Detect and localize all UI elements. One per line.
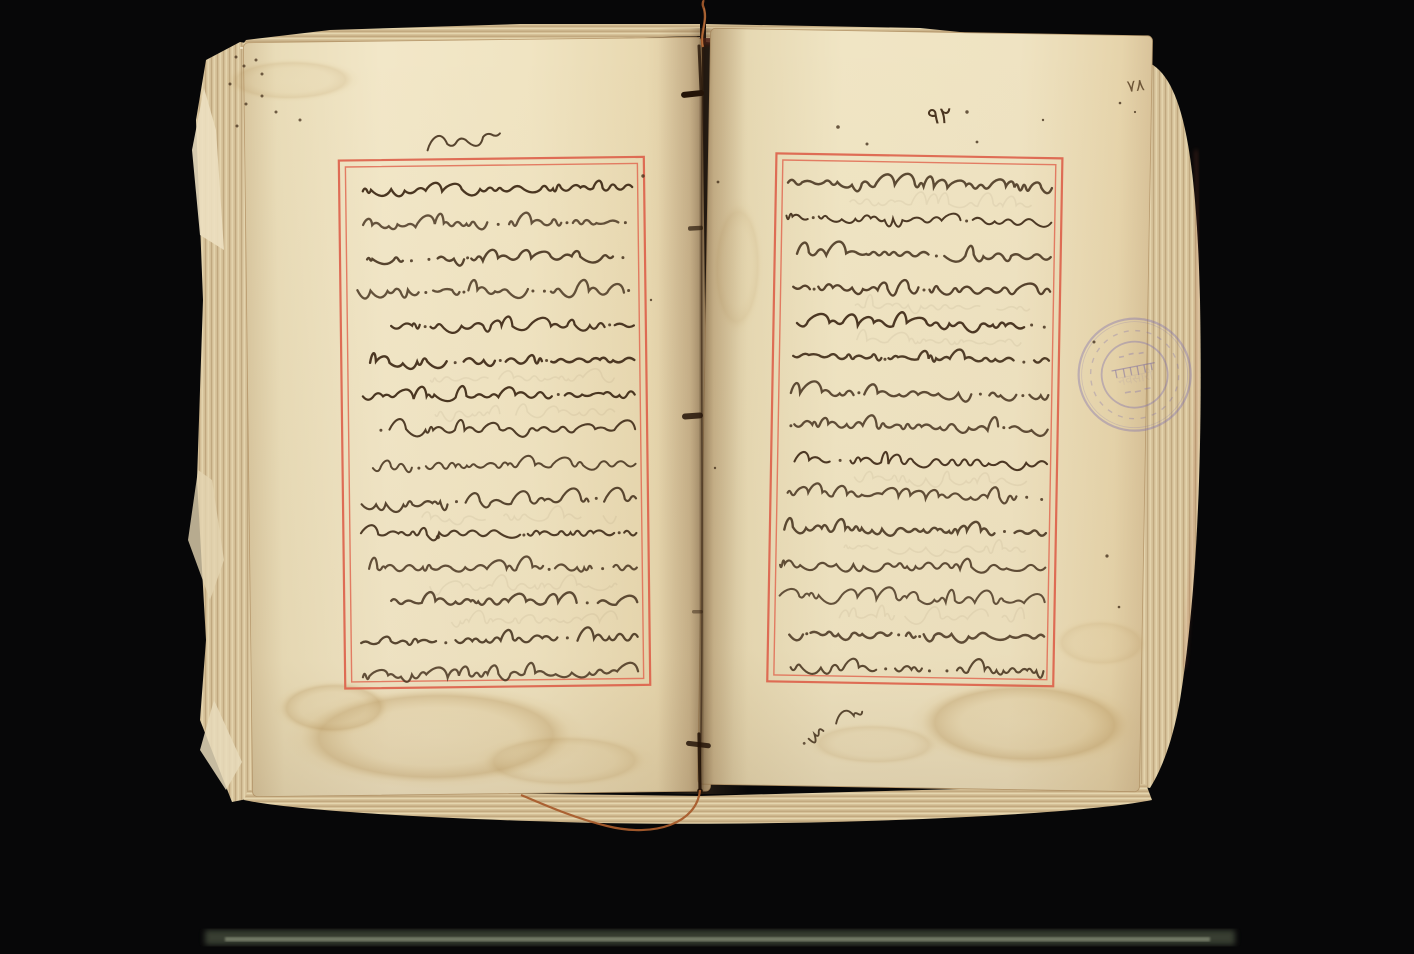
foxing-speck <box>261 95 264 98</box>
stitch-mark <box>688 226 703 231</box>
foxing-speck <box>261 73 264 76</box>
ink-dot <box>976 141 979 144</box>
ink-dot <box>717 181 720 184</box>
bottom-light-band <box>205 930 1235 945</box>
ink-dot <box>965 110 968 113</box>
ink-dot <box>1119 102 1122 105</box>
fore-edge-numeral: ٧٨ <box>1126 75 1146 96</box>
ink-dot <box>1093 341 1096 344</box>
foxing-speck <box>299 119 302 122</box>
ink-dot <box>641 174 644 177</box>
foxing-speck <box>236 125 239 128</box>
stitch-mark <box>692 610 703 614</box>
left-page <box>220 37 710 797</box>
foxing-speck <box>245 103 248 106</box>
ink-dot <box>836 125 840 129</box>
foxing-speck <box>243 65 246 68</box>
ink-dot <box>1118 606 1121 609</box>
ink-dot <box>436 535 440 539</box>
foxing-speck <box>229 83 232 86</box>
right-page: ٩٢ नवसारी <box>697 28 1207 793</box>
foxing-speck <box>275 111 278 114</box>
folio-numeral: ٩٢ <box>926 103 952 130</box>
foxing-speck <box>255 59 258 62</box>
ink-dot <box>650 299 652 301</box>
stitch-mark <box>699 46 701 90</box>
ink-dot <box>1042 119 1044 121</box>
ink-dot <box>1134 111 1136 113</box>
ink-dot <box>866 143 869 146</box>
foxing-speck <box>235 56 238 59</box>
ink-dot <box>1105 554 1108 557</box>
manuscript-photo: ٩٢ नवसारी ٧٨ <box>0 0 1414 954</box>
manuscript-scene: ٩٢ नवसारी ٧٨ <box>0 0 1414 954</box>
ink-dot <box>714 467 716 469</box>
